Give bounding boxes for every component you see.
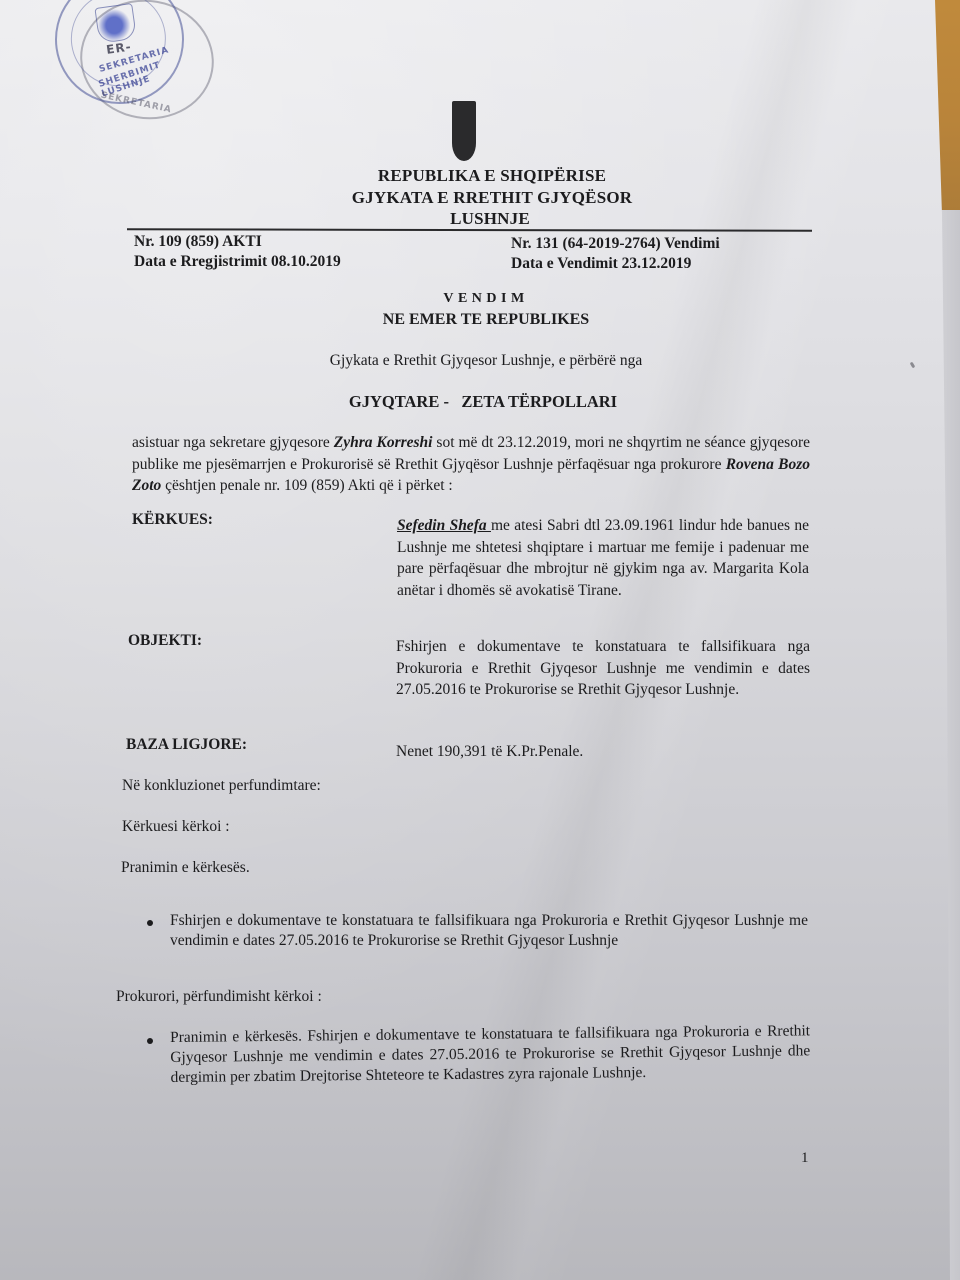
prosecutor-bullet: Pranimin e kërkesës. Fshirjen e dokument… bbox=[170, 1021, 811, 1088]
value-baza-ligjore: Nenet 190,391 të K.Pr.Penale. bbox=[396, 741, 810, 763]
court-composition: Gjykata e Rrethit Gjyqesor Lushnje, e pë… bbox=[0, 352, 960, 370]
decision-number: Nr. 131 (64-2019-2764) Vendimi bbox=[511, 234, 720, 254]
header-city: LUSHNJE bbox=[10, 209, 960, 229]
case-meta-left: Nr. 109 (859) AKTI Data e Rregjistrimit … bbox=[134, 232, 341, 272]
case-meta-right: Nr. 131 (64-2019-2764) Vendimi Data e Ve… bbox=[511, 234, 720, 274]
label-objekti: OBJEKTI: bbox=[128, 632, 202, 650]
page-number: 1 bbox=[801, 1150, 809, 1167]
secretary-name: Zyhra Korreshi bbox=[334, 434, 433, 451]
judge-name: GJYQTARE - ZETA TËRPOLLARI bbox=[0, 392, 960, 412]
act-number: Nr. 109 (859) AKTI bbox=[134, 232, 341, 252]
coat-of-arms-icon bbox=[452, 101, 476, 161]
conclusions-heading: Në konkluzionet perfundimtare: bbox=[122, 777, 321, 795]
petitioner-request: Pranimin e kërkesës. bbox=[121, 859, 250, 877]
prosecutor-requested-label: Prokurori, përfundimisht kërkoi : bbox=[116, 988, 322, 1006]
decision-date: Data e Vendimit 23.12.2019 bbox=[511, 254, 720, 274]
label-baza-ligjore: BAZA LIGJORE: bbox=[126, 736, 247, 754]
value-kerkues: Sefedin Shefa me atesi Sabri dtl 23.09.1… bbox=[397, 515, 809, 601]
registration-date: Data e Rregjistrimit 08.10.2019 bbox=[134, 252, 341, 272]
bullet-icon bbox=[147, 1038, 153, 1044]
petitioner-name: Sefedin Shefa bbox=[397, 517, 491, 534]
intro-paragraph: asistuar nga sekretare gjyqesore Zyhra K… bbox=[132, 432, 810, 497]
bullet-icon bbox=[147, 920, 153, 926]
petitioner-requested-label: Kërkuesi kërkoi : bbox=[122, 818, 230, 836]
header-republic: REPUBLIKA E SHQIPËRISE bbox=[12, 166, 960, 186]
value-objekti: Fshirjen e dokumentave te konstatuara te… bbox=[396, 636, 810, 701]
document-title: VENDIM bbox=[0, 291, 960, 307]
document-subtitle: NE EMER TE REPUBLIKES bbox=[0, 311, 960, 329]
petitioner-bullet: Fshirjen e dokumentave te konstatuara te… bbox=[170, 911, 808, 951]
intro-text: asistuar nga sekretare gjyqesore bbox=[132, 434, 334, 451]
label-kerkues: KËRKUES: bbox=[132, 511, 213, 529]
intro-text: çështjen penale nr. 109 (859) Akti që i … bbox=[161, 477, 452, 494]
header-court: GJYKATA E RRETHIT GJYQËSOR bbox=[12, 188, 960, 208]
